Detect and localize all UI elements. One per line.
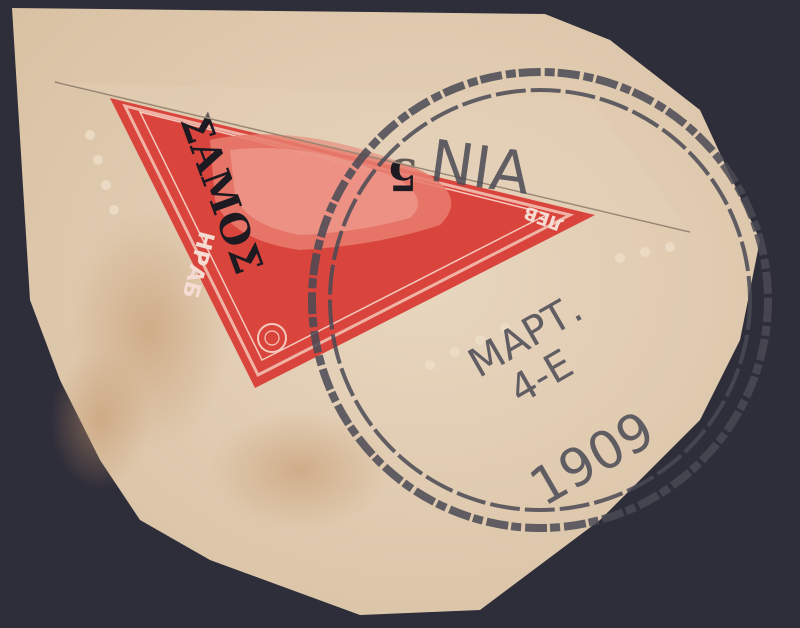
photo-scene: НРАБ ЛЕВ ΣΑΜΟΣ 5 ΝΙΑ МАРТ. 4-Е 1909 bbox=[0, 0, 800, 628]
stain bbox=[210, 410, 390, 530]
stain bbox=[50, 350, 150, 490]
postmark-town: ΝΙΑ bbox=[426, 127, 535, 208]
